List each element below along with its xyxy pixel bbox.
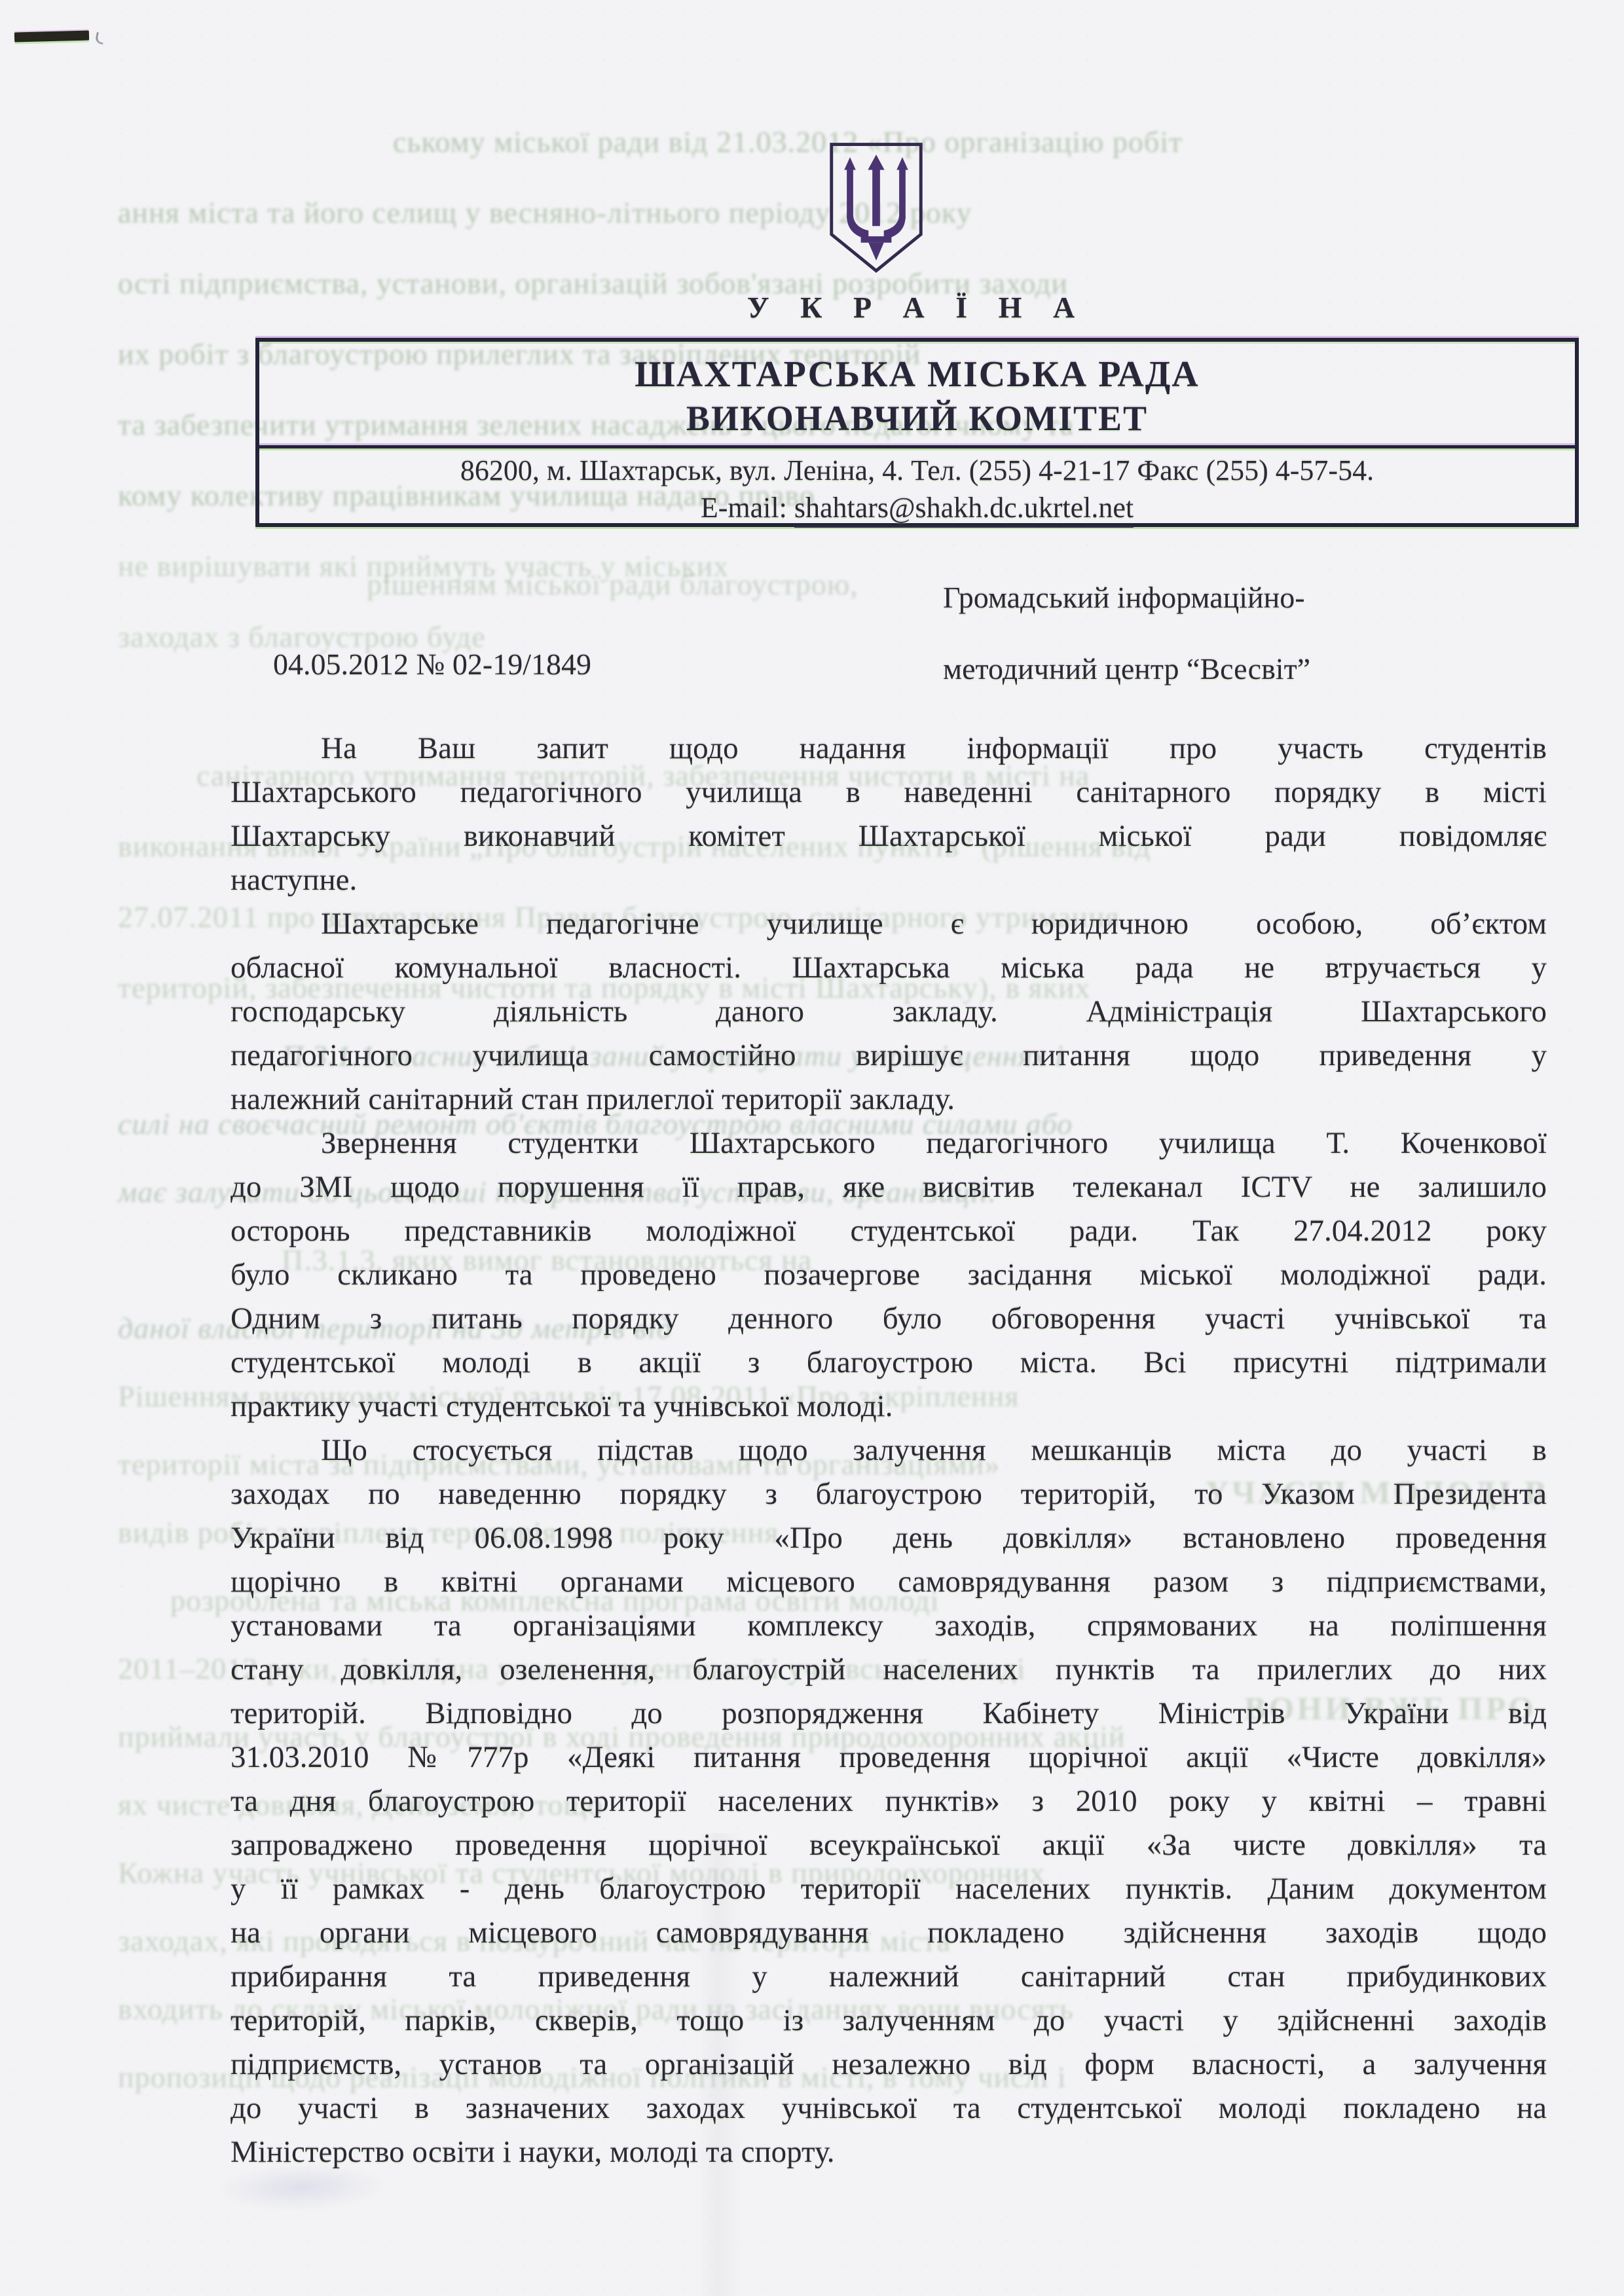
email-address: shahtars@shakh.dc.ukrtel.net [794, 492, 1134, 528]
body-line: територій, парків, скверів, тощо із залу… [231, 1999, 1547, 2043]
body-line: належний санітарний стан прилеглої терит… [231, 1078, 1547, 1121]
ref-number-date: 04.05.2012 № 02-19/1849 [273, 647, 591, 682]
body-line: на органи місцевого самоврядування покла… [231, 1911, 1547, 1955]
letter-body: На Ваш запит щодо надання інформації про… [231, 727, 1547, 2174]
body-line: запроваджено проведення щорічної всеукра… [231, 1823, 1547, 1867]
body-line: господарську діяльність даного закладу. … [231, 990, 1547, 1034]
ukraine-trident-emblem [825, 136, 927, 280]
addressee-line: методичний центр “Всесвіт” [943, 633, 1310, 704]
body-line: України від 06.08.1998 року «Про день до… [231, 1516, 1547, 1560]
country-title: У К Р А Ї Н А [255, 290, 1578, 325]
body-line: у її рамках - день благоустрою території… [231, 1867, 1547, 1911]
body-line: студентської молоді в акції з благоустро… [231, 1341, 1547, 1385]
body-line: педагогічного училища самостійно вирішує… [231, 1034, 1547, 1078]
body-line: Звернення студентки Шахтарського педагог… [231, 1121, 1547, 1165]
body-line: Шахтарську виконавчий комітет Шахтарсько… [231, 814, 1547, 858]
divider-rule [259, 445, 1575, 448]
body-line: підприємств, установ та організацій неза… [231, 2043, 1547, 2086]
body-line: та дня благоустрою території населених п… [231, 1779, 1547, 1823]
bleedthrough-line: рішенням міської ради благоустрою, [367, 567, 858, 602]
body-line: було скликано та проведено позачергове з… [231, 1253, 1547, 1297]
body-line: наступне. [231, 858, 1547, 902]
body-line: прибирання та приведення у належний сані… [231, 1955, 1547, 1999]
body-line: Шахтарського педагогічного училища в нав… [231, 771, 1547, 814]
body-line: установами та організаціями комплексу за… [231, 1604, 1547, 1648]
addressee-block: Громадський інформаційно- методичний цен… [943, 562, 1310, 704]
letterhead-box: ШАХТАРСЬКА МІСЬКА РАДА ВИКОНАВЧИЙ КОМІТЕ… [255, 338, 1579, 527]
body-line: щорічно в квітні органами місцевого само… [231, 1560, 1547, 1604]
org-subname: ВИКОНАВЧИЙ КОМІТЕТ [259, 398, 1575, 439]
scanned-letter-page: ському міської ради від 21.03.2012 «Про … [0, 0, 1624, 2296]
body-line: стану довкілля, озеленення, благоустрій … [231, 1648, 1547, 1692]
body-line: до ЗМІ щодо порушення її прав, яке висві… [231, 1165, 1547, 1209]
body-line: Міністерство освіти і науки, молоді та с… [231, 2130, 1547, 2174]
body-line: осторонь представників молодіжної студен… [231, 1209, 1547, 1253]
body-line: 31.03.2010 №777р «Деякі питання проведен… [231, 1736, 1547, 1779]
body-line: територій. Відповідно до розпорядження К… [231, 1692, 1547, 1736]
body-line: Шахтарське педагогічне училище є юридичн… [231, 902, 1547, 946]
body-line: практику участі студентської та учнівськ… [231, 1385, 1547, 1429]
org-address: 86200, м. Шахтарськ, вул. Леніна, 4. Тел… [259, 454, 1575, 487]
body-line: до участі в зазначених заходах учнівсько… [231, 2086, 1547, 2130]
body-line: Одним з питань порядку денного було обго… [231, 1297, 1547, 1341]
body-line: Що стосується підстав щодо залучення меш… [231, 1429, 1547, 1472]
bleedthrough-line: ському міської ради від 21.03.2012 «Про … [393, 124, 1183, 159]
body-line: На Ваш запит щодо надання інформації про… [231, 727, 1547, 771]
org-email-line: E-mail: shahtars@shakh.dc.ukrtel.net [259, 491, 1575, 524]
pen-mark [14, 31, 89, 43]
email-label: E-mail: [701, 492, 787, 524]
body-line: заходах по наведенню порядку з благоустр… [231, 1472, 1547, 1516]
addressee-line: Громадський інформаційно- [943, 562, 1310, 633]
body-line: обласної комунальної власності. Шахтарсь… [231, 946, 1547, 990]
org-name: ШАХТАРСЬКА МІСЬКА РАДА [259, 354, 1575, 395]
